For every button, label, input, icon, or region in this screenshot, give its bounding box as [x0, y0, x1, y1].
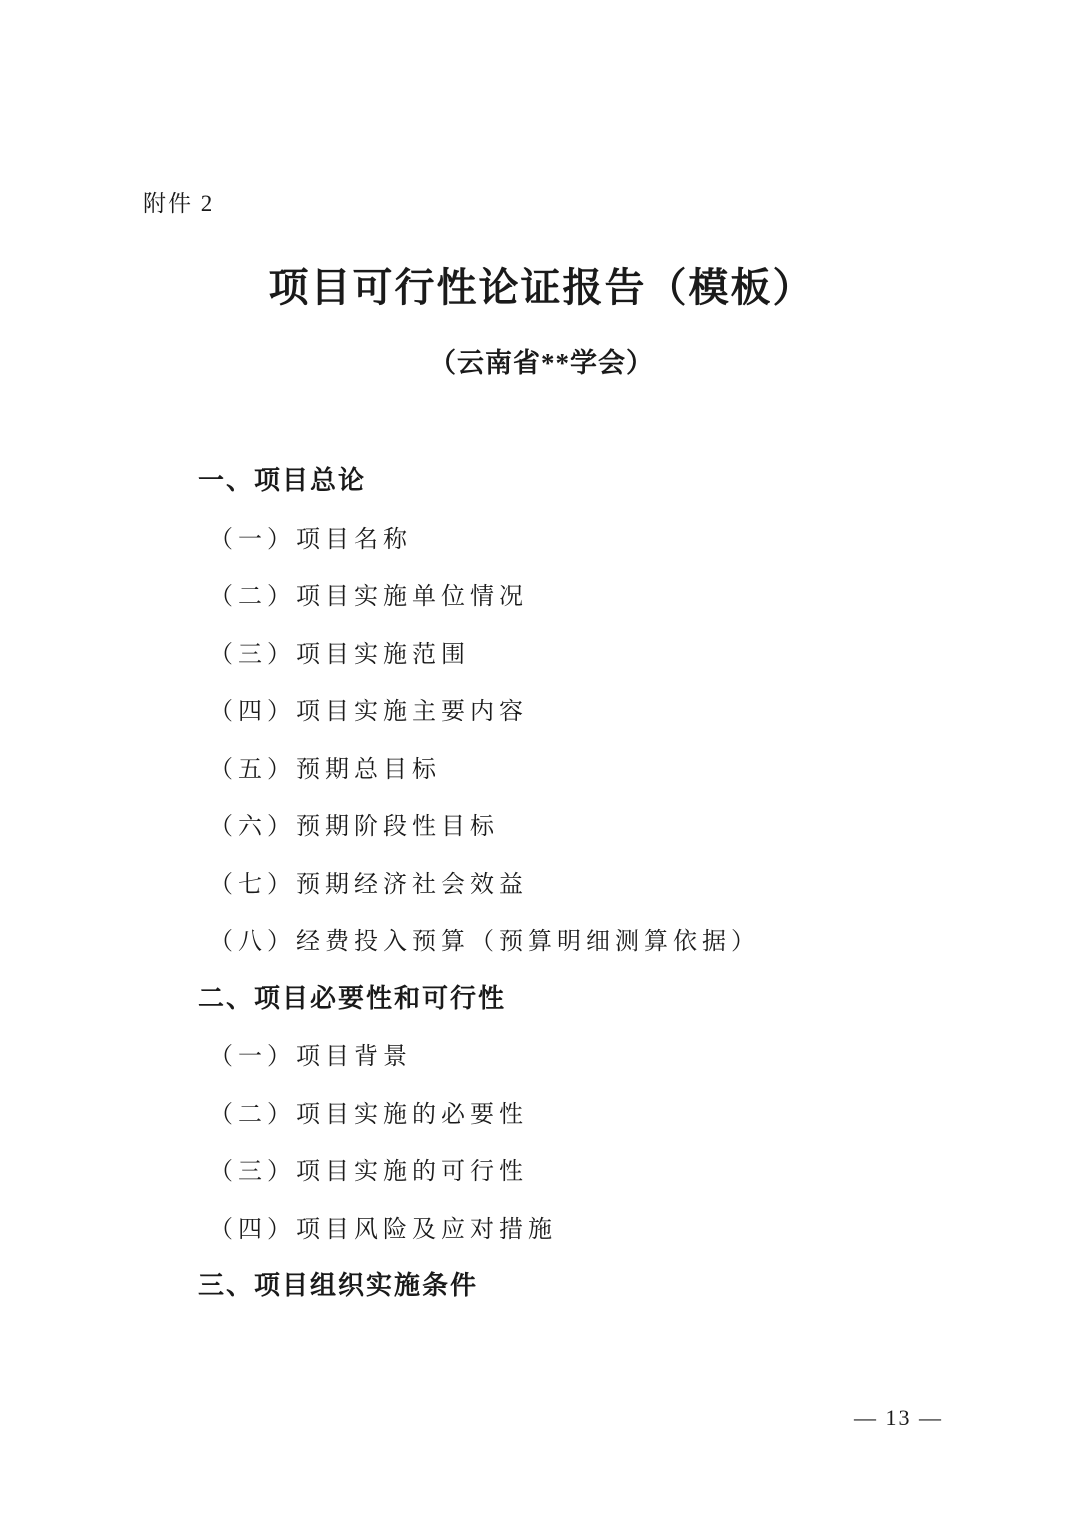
- outline-item: （五）预期总目标: [209, 738, 940, 796]
- outline-item: （四）项目风险及应对措施: [209, 1198, 940, 1256]
- outline-item: （二）项目实施的必要性: [209, 1083, 940, 1141]
- outline-item: （六）预期阶段性目标: [209, 795, 940, 853]
- outline-section-heading: 一、项目总论: [198, 450, 940, 508]
- document-outline: 一、项目总论 （一）项目名称 （二）项目实施单位情况 （三）项目实施范围 （四）…: [143, 450, 940, 1313]
- attachment-label: 附件 2: [143, 190, 940, 218]
- document-subtitle: （云南省**学会）: [143, 346, 940, 380]
- outline-item: （八）经费投入预算（预算明细测算依据）: [209, 910, 940, 968]
- document-page: 附件 2 项目可行性论证报告（模板） （云南省**学会） 一、项目总论 （一）项…: [0, 0, 1071, 1515]
- outline-section-heading: 三、项目组织实施条件: [198, 1255, 940, 1313]
- document-title: 项目可行性论证报告（模板）: [143, 264, 940, 312]
- page-number: — 13 —: [854, 1405, 943, 1431]
- outline-item: （二）项目实施单位情况: [209, 565, 940, 623]
- outline-item: （四）项目实施主要内容: [209, 680, 940, 738]
- outline-item: （七）预期经济社会效益: [209, 853, 940, 911]
- outline-item: （三）项目实施范围: [209, 623, 940, 681]
- outline-item: （三）项目实施的可行性: [209, 1140, 940, 1198]
- outline-section-heading: 二、项目必要性和可行性: [198, 968, 940, 1026]
- outline-item: （一）项目背景: [209, 1025, 940, 1083]
- outline-item: （一）项目名称: [209, 508, 940, 566]
